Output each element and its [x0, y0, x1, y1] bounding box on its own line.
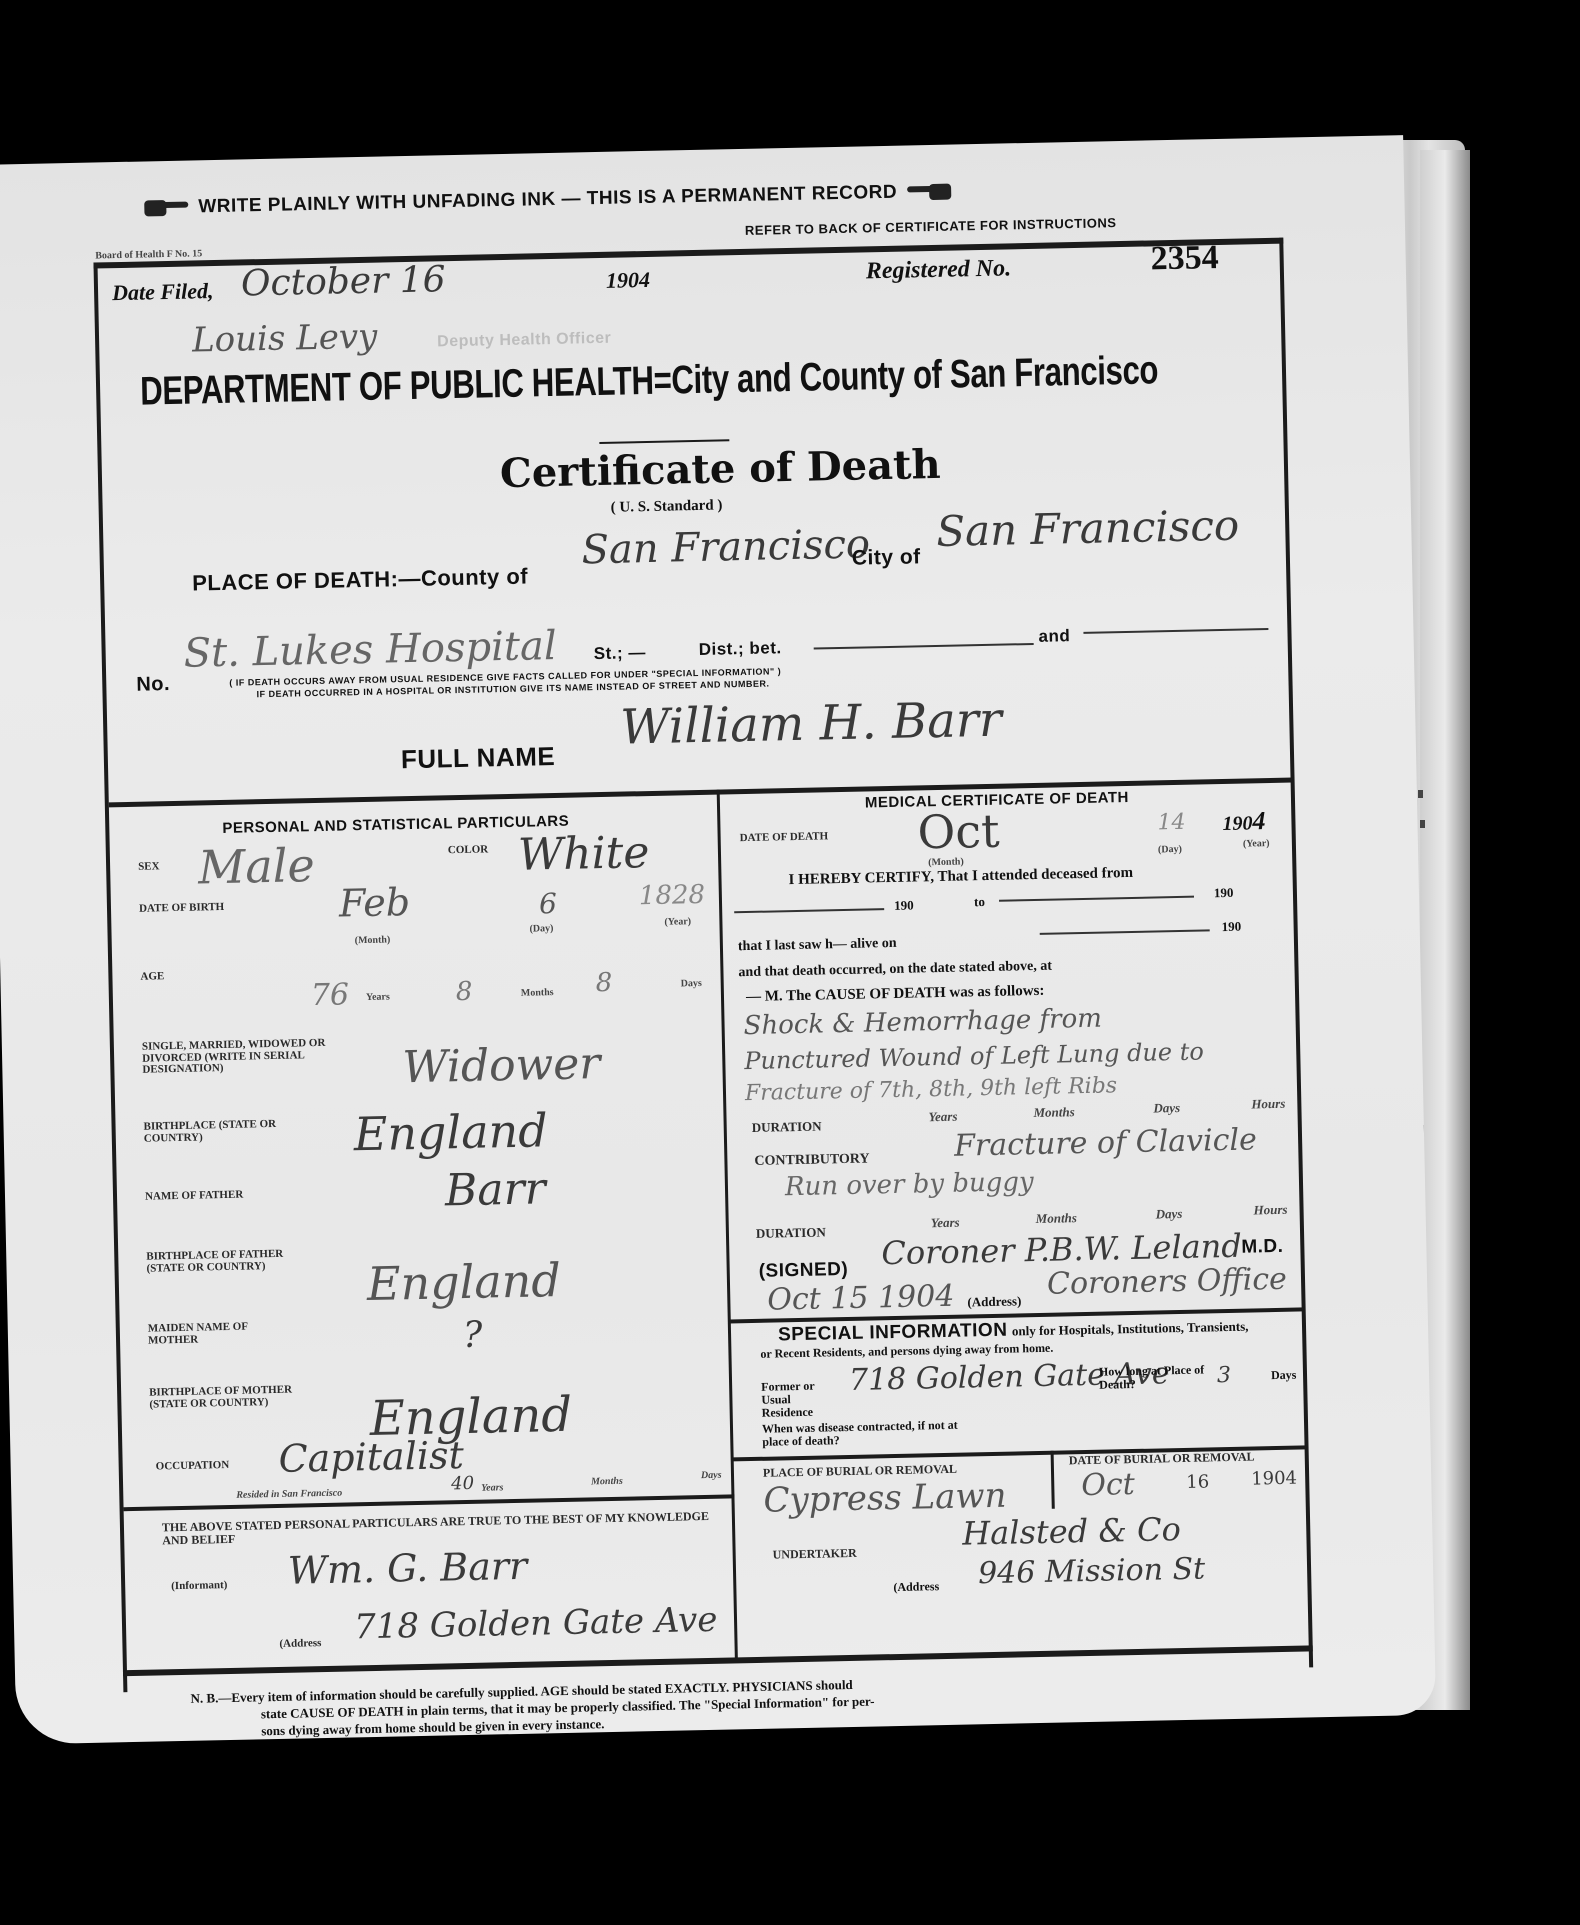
- usual-residence-label: Former or Usual Residence: [761, 1379, 842, 1420]
- occupation-value: Capitalist: [278, 1433, 464, 1481]
- sex-value: Male: [198, 838, 316, 894]
- date-filed-year: 1904: [606, 267, 651, 294]
- last-saw-year: 190: [1221, 919, 1241, 935]
- column-divider: [717, 790, 735, 1500]
- physician-address: Coroners Office: [1047, 1262, 1287, 1302]
- duration-years-caption: Years: [928, 1109, 957, 1126]
- burial-date-day: 16: [1186, 1471, 1209, 1492]
- place-of-death-row: PLACE OF DEATH:—County of: [192, 564, 528, 597]
- attended-from-year: 190: [894, 898, 914, 914]
- dob-year-caption: (Year): [664, 916, 691, 928]
- edge-mark: [1418, 790, 1423, 798]
- death-month: Oct: [917, 804, 1000, 860]
- death-occurred-statement: and that death occurred, on the date sta…: [738, 959, 1052, 982]
- address-no-label: No.: [136, 673, 170, 697]
- district-label: Dist.; bet.: [699, 638, 782, 660]
- burial-date-label: DATE OF BURIAL OR REMOVAL: [1069, 1450, 1255, 1466]
- date-filed-label: Date Filed,: [112, 278, 214, 306]
- undertaker-address-label: (Address: [893, 1579, 939, 1595]
- edge-mark: [1420, 820, 1425, 828]
- place-of-death-label: PLACE OF DEATH:—County of: [192, 564, 528, 596]
- dob-year: 1828: [639, 880, 706, 911]
- banner: WRITE PLAINLY WITH UNFADING INK — THIS I…: [144, 181, 951, 220]
- md-label: M.D.: [1241, 1236, 1284, 1259]
- cause-line-3: Fracture of 7th, 8th, 9th left Ribs: [745, 1073, 1118, 1106]
- pointing-hand-icon: [144, 198, 188, 219]
- birthplace-label: BIRTHPLACE (State or Country): [143, 1119, 293, 1145]
- attended-to-year: 190: [1214, 885, 1234, 901]
- age-months-caption: Months: [521, 987, 554, 999]
- contributory-duration-label: DURATION: [756, 1225, 826, 1240]
- age-days-caption: Days: [681, 978, 702, 989]
- attended-from-blank: [734, 908, 884, 913]
- death-year: 1904: [1222, 806, 1266, 837]
- date-filed-value: October 16: [241, 259, 446, 304]
- marital-label: SINGLE, MARRIED, WIDOWED OR DIVORCED (Wr…: [142, 1037, 363, 1076]
- contributory-hours-caption: Hours: [1253, 1202, 1287, 1219]
- duration-label: DURATION: [752, 1119, 822, 1134]
- special-info-note: only for Hospitals, Institutions, Transi…: [1012, 1319, 1249, 1339]
- age-years: 76: [311, 977, 350, 1013]
- burial-date-year: 1904: [1251, 1468, 1297, 1490]
- age-days: 8: [595, 968, 612, 998]
- street-label: St.; —: [594, 643, 647, 664]
- undertaker-label: UNDERTAKER: [773, 1547, 857, 1561]
- age-label: AGE: [140, 971, 164, 983]
- resided-years: 40: [451, 1473, 474, 1494]
- contributory-label: CONTRIBUTORY: [754, 1152, 869, 1169]
- undertaker-address: 946 Mission St: [978, 1552, 1206, 1592]
- informant-label: (Informant): [171, 1580, 227, 1593]
- how-long-unit: Days: [1271, 1368, 1297, 1384]
- undertaker-value: Halsted & Co: [962, 1510, 1181, 1553]
- informant-statement: THE ABOVE STATED PERSONAL PARTICULARS AR…: [162, 1510, 722, 1547]
- pointing-hand-icon: [907, 182, 951, 203]
- duration-months-caption: Months: [1033, 1104, 1075, 1121]
- health-officer-signature: Louis Levy: [192, 317, 378, 361]
- dob-label: DATE OF BIRTH: [139, 902, 224, 915]
- contributory-line-1: Fracture of Clavicle: [954, 1122, 1257, 1163]
- death-day-caption: (Day): [1158, 844, 1182, 855]
- contributory-days-caption: Days: [1155, 1206, 1182, 1223]
- disease-contracted-label: When was disease contracted, if not at p…: [762, 1418, 983, 1449]
- sex-label: SEX: [138, 861, 160, 873]
- frame-left: [93, 262, 127, 1692]
- last-saw-statement: that I last saw h— alive on: [738, 936, 897, 955]
- death-year-caption: (Year): [1243, 838, 1270, 850]
- dob-day: 6: [539, 887, 558, 920]
- dob-day-caption: (Day): [529, 923, 553, 934]
- resided-years-caption: Years: [481, 1482, 503, 1493]
- last-saw-blank: [1040, 929, 1210, 935]
- city-value: San Francisco: [936, 501, 1240, 556]
- attended-to-blank: [999, 896, 1194, 902]
- full-name-value: William H. Barr: [620, 692, 1003, 756]
- father-name-label: NAME OF FATHER: [145, 1190, 245, 1204]
- burial-date-month: Oct: [1081, 1467, 1135, 1503]
- us-standard-label: ( U. S. Standard ): [611, 497, 723, 516]
- burial-divider: [1051, 1451, 1055, 1509]
- birthplace-value: England: [353, 1103, 548, 1161]
- informant-address: 718 Golden Gate Ave: [354, 1600, 718, 1648]
- date-of-death-label: DATE OF DEATH: [740, 831, 829, 844]
- cause-of-death-label: — M. The CAUSE OF DEATH was as follows:: [746, 983, 1045, 1006]
- duration-hours-caption: Hours: [1251, 1096, 1285, 1113]
- banner-text: WRITE PLAINLY WITH UNFADING INK — THIS I…: [198, 182, 897, 219]
- age-years-caption: Years: [366, 992, 390, 1003]
- mother-maiden-name-value: ?: [463, 1315, 483, 1356]
- and-blank: [1083, 628, 1268, 634]
- death-certificate-sheet: WRITE PLAINLY WITH UNFADING INK — THIS I…: [0, 135, 1436, 1744]
- certify-statement: I HEREBY CERTIFY, That I attended deceas…: [788, 865, 1133, 889]
- how-long-value: 3: [1217, 1363, 1232, 1388]
- contributory-line-2: Run over by buggy: [785, 1167, 1034, 1202]
- personal-bottom-rule: [124, 1494, 734, 1511]
- contributory-years-caption: Years: [931, 1215, 960, 1232]
- registered-number: 2354: [1150, 239, 1219, 278]
- refer-instructions: REFER TO BACK OF CERTIFICATE FOR INSTRUC…: [745, 215, 1117, 238]
- place-of-death-institution: St. Lukes Hospital: [183, 623, 557, 677]
- resided-months-caption: Months: [591, 1476, 623, 1488]
- signed-date: Oct 15 1904: [767, 1279, 955, 1318]
- death-month-caption: (Month): [928, 856, 964, 868]
- death-day: 14: [1157, 810, 1186, 836]
- contributory-months-caption: Months: [1036, 1210, 1078, 1227]
- death-year-suffix: 4: [1252, 806, 1266, 835]
- signed-label: (SIGNED): [759, 1259, 849, 1283]
- attended-to-label: to: [974, 894, 985, 910]
- county-value: San Francisco: [581, 521, 870, 573]
- father-birthplace-label: BIRTHPLACE OF FATHER (State or Country): [146, 1249, 296, 1275]
- nb-label: N. B.—: [190, 1690, 231, 1706]
- cause-line-2: Punctured Wound of Left Lung due to: [744, 1037, 1204, 1075]
- resided-label: Resided in San Francisco: [236, 1488, 342, 1501]
- duration-days-caption: Days: [1153, 1100, 1180, 1117]
- dob-month-caption: (Month): [355, 934, 391, 946]
- color-value: White: [517, 827, 649, 881]
- health-officer-title: Deputy Health Officer: [437, 330, 611, 352]
- father-birthplace-value: England: [366, 1253, 561, 1311]
- how-long-label: How long at Place of Death?: [1099, 1363, 1210, 1392]
- form-id: Board of Health F No. 15: [95, 248, 202, 261]
- marital-value: Widower: [402, 1038, 601, 1093]
- father-name-value: Barr: [444, 1163, 546, 1216]
- city-label: City of: [852, 545, 921, 570]
- registered-label: Registered No.: [866, 255, 1012, 285]
- title-rule: [599, 439, 729, 444]
- age-months: 8: [456, 977, 473, 1007]
- informant-address-label: (Address: [279, 1638, 321, 1650]
- full-name-label: FULL NAME: [401, 741, 556, 775]
- informant-divider: [731, 1494, 737, 1659]
- informant-name: Wm. G. Barr: [287, 1544, 527, 1593]
- cause-line-1: Shock & Hemorrhage from: [743, 1004, 1102, 1041]
- mother-birthplace-label: BIRTHPLACE OF MOTHER (State or Country): [149, 1384, 299, 1410]
- death-year-prefix: 190: [1222, 812, 1252, 835]
- physician-address-label: (Address): [967, 1293, 1021, 1310]
- and-label: and: [1038, 626, 1070, 647]
- mother-maiden-name-label: MAIDEN NAME OF MOTHER: [148, 1321, 298, 1347]
- frame-right: [1279, 238, 1313, 1668]
- certificate-title: Certificate of Death: [499, 441, 941, 497]
- occupation-label: OCCUPATION: [156, 1460, 230, 1473]
- color-label: COLOR: [448, 844, 489, 856]
- dob-month: Feb: [338, 880, 410, 925]
- footer-note: N. B.—Every item of information should b…: [190, 1668, 1291, 1742]
- district-blank: [814, 643, 1034, 650]
- resided-days-caption: Days: [701, 1470, 722, 1481]
